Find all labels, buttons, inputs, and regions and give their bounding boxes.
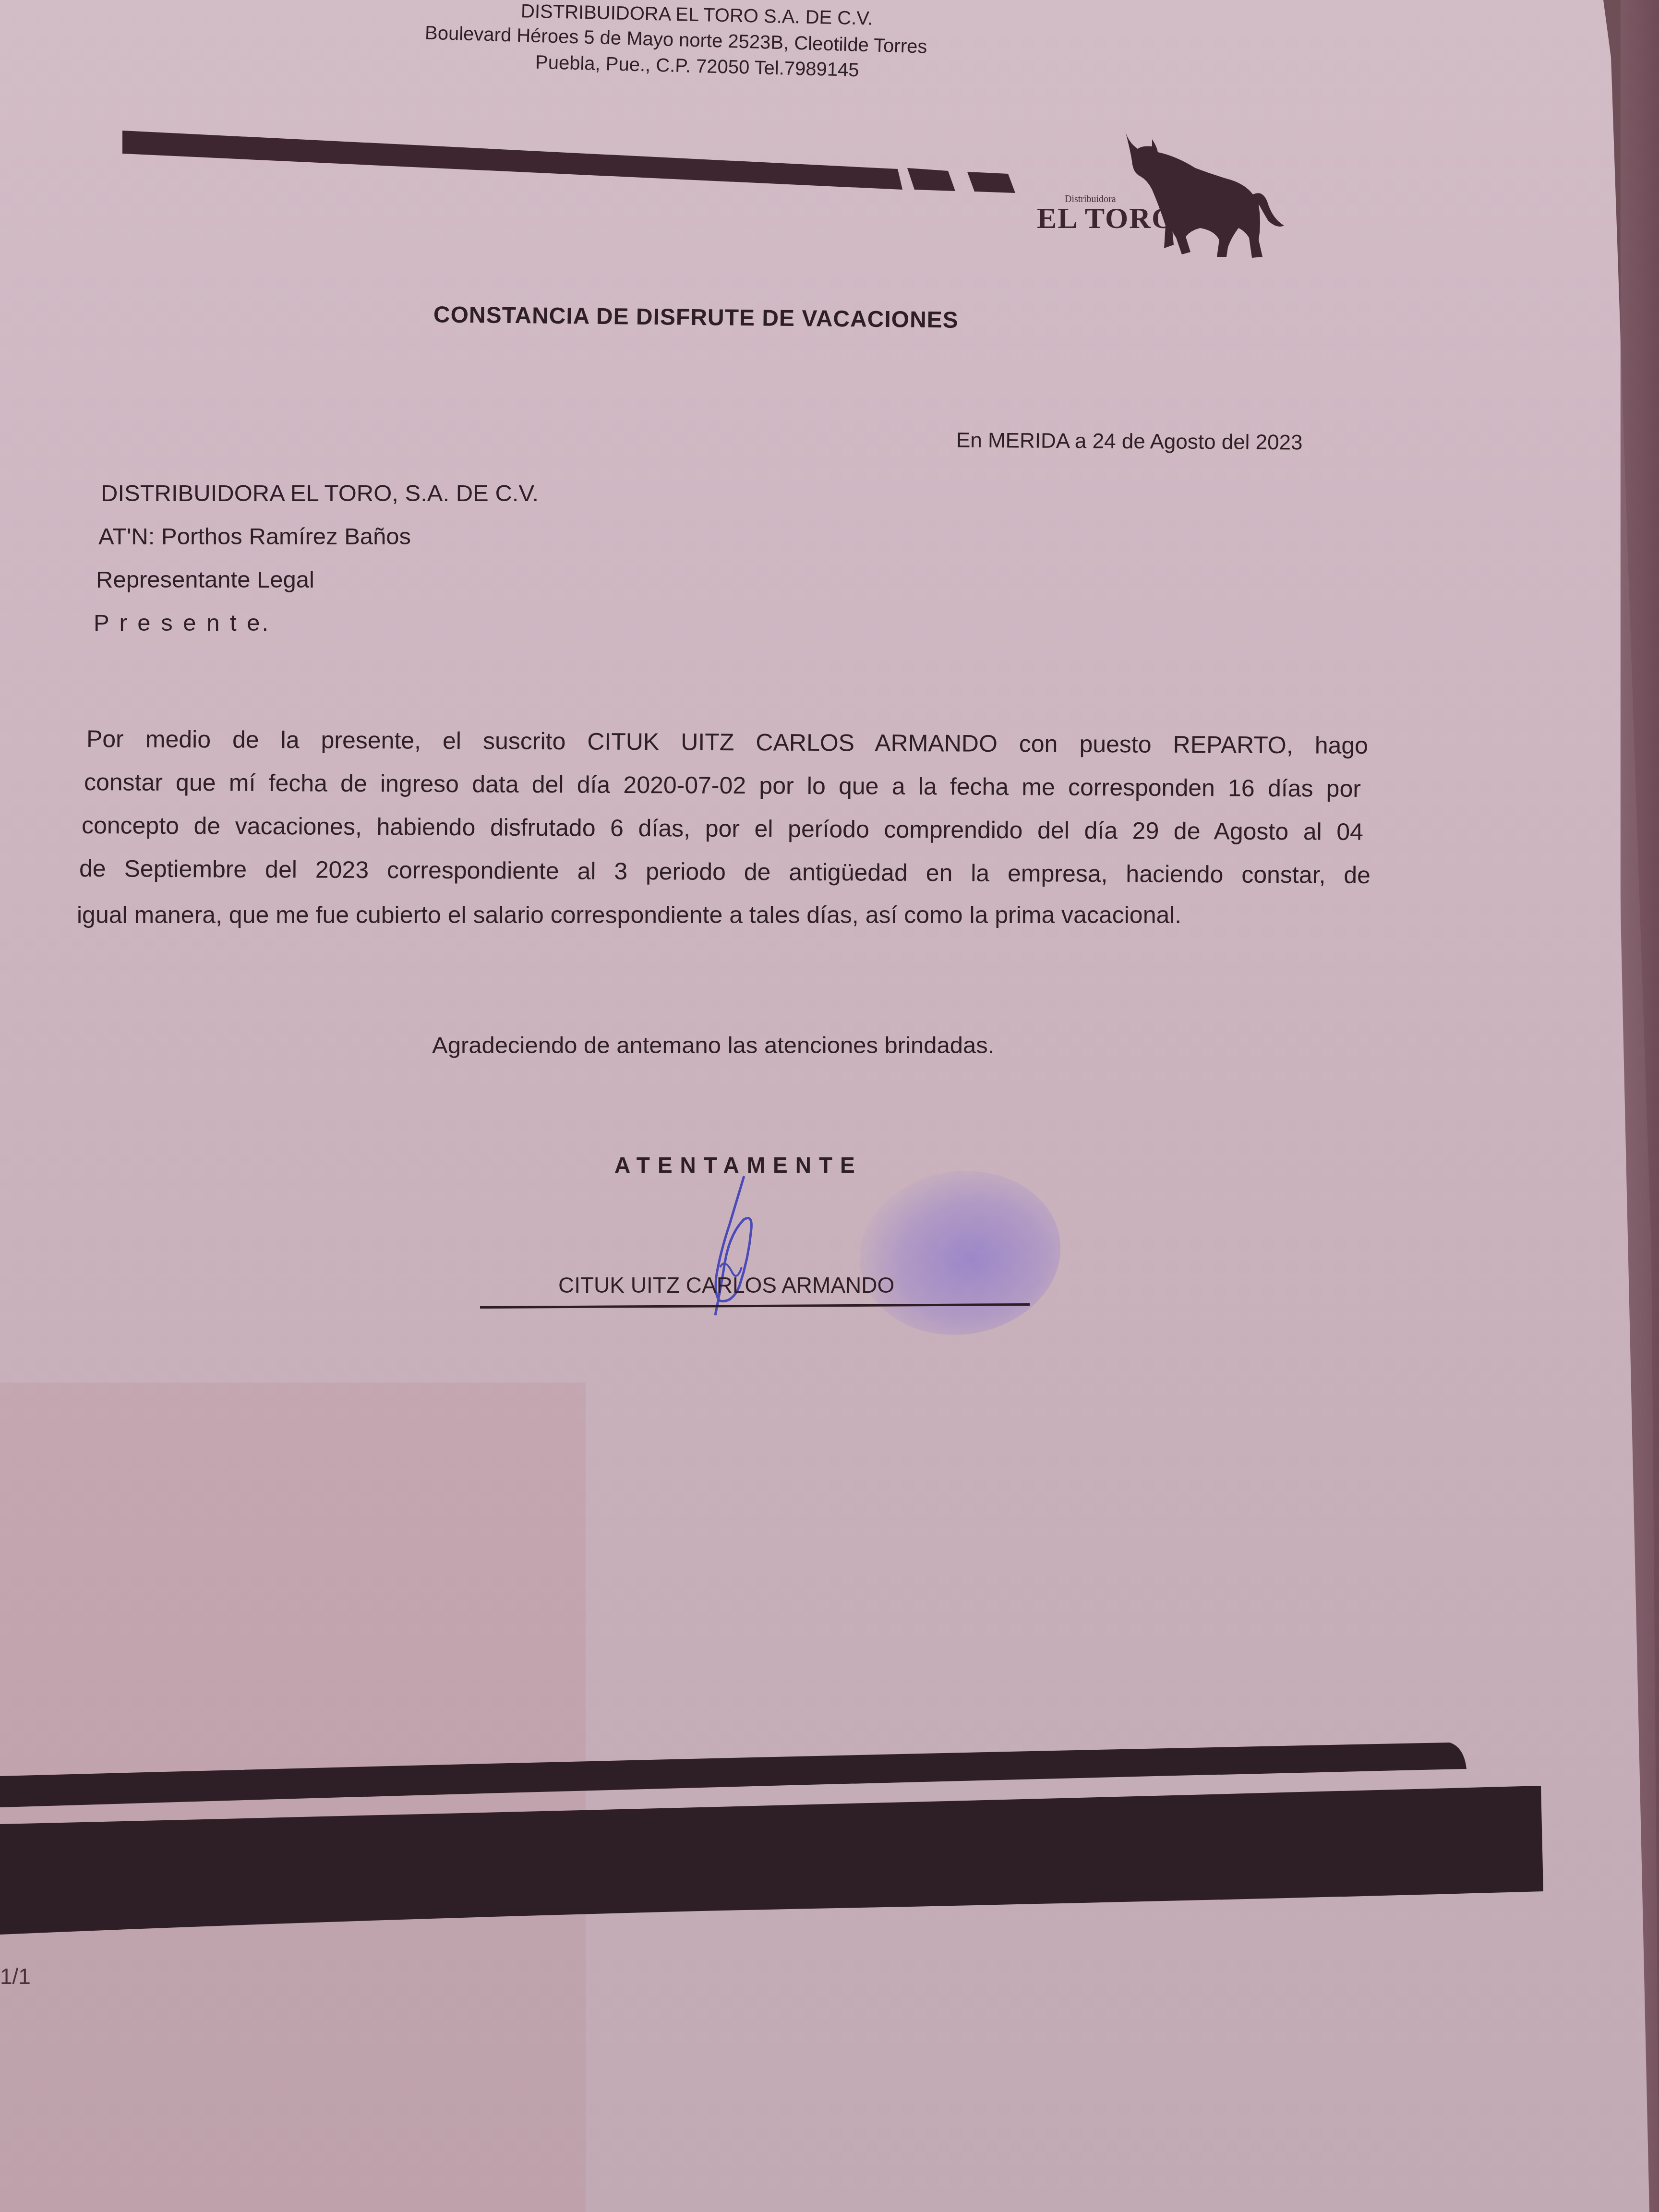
recipient-role: Representante Legal: [96, 566, 314, 593]
page-counter: 1/1: [0, 1963, 31, 1989]
body-line: constar que mí fecha de ingreso data del…: [84, 760, 1361, 811]
recipient-company: DISTRIBUIDORA EL TORO, S.A. DE C.V.: [101, 480, 539, 507]
footer-stripes: [0, 1728, 1659, 1968]
signature: [691, 1171, 778, 1334]
bull-icon: [1118, 122, 1296, 262]
recipient-presente: P r e s e n t e.: [94, 610, 270, 637]
body-line: Por medio de la presente, el suscrito CI…: [86, 717, 1368, 768]
document-title: CONSTANCIA DE DISFRUTE DE VACACIONES: [433, 301, 959, 333]
body-line: de Septiembre del 2023 correspondiente a…: [79, 846, 1370, 897]
recipient-attention: AT'N: Porthos Ramírez Baños: [98, 523, 411, 550]
closing-line: Agradeciendo de antemano las atenciones …: [432, 1032, 994, 1059]
signatory-name: CITUK UITZ CARLOS ARMANDO: [558, 1272, 894, 1298]
header-stripes: [0, 0, 1659, 288]
body-line: concepto de vacaciones, habiendo disfrut…: [82, 803, 1363, 854]
place-date: En MERIDA a 24 de Agosto del 2023: [956, 428, 1303, 455]
body-line: igual manera, que me fue cubierto el sal…: [77, 893, 1181, 937]
